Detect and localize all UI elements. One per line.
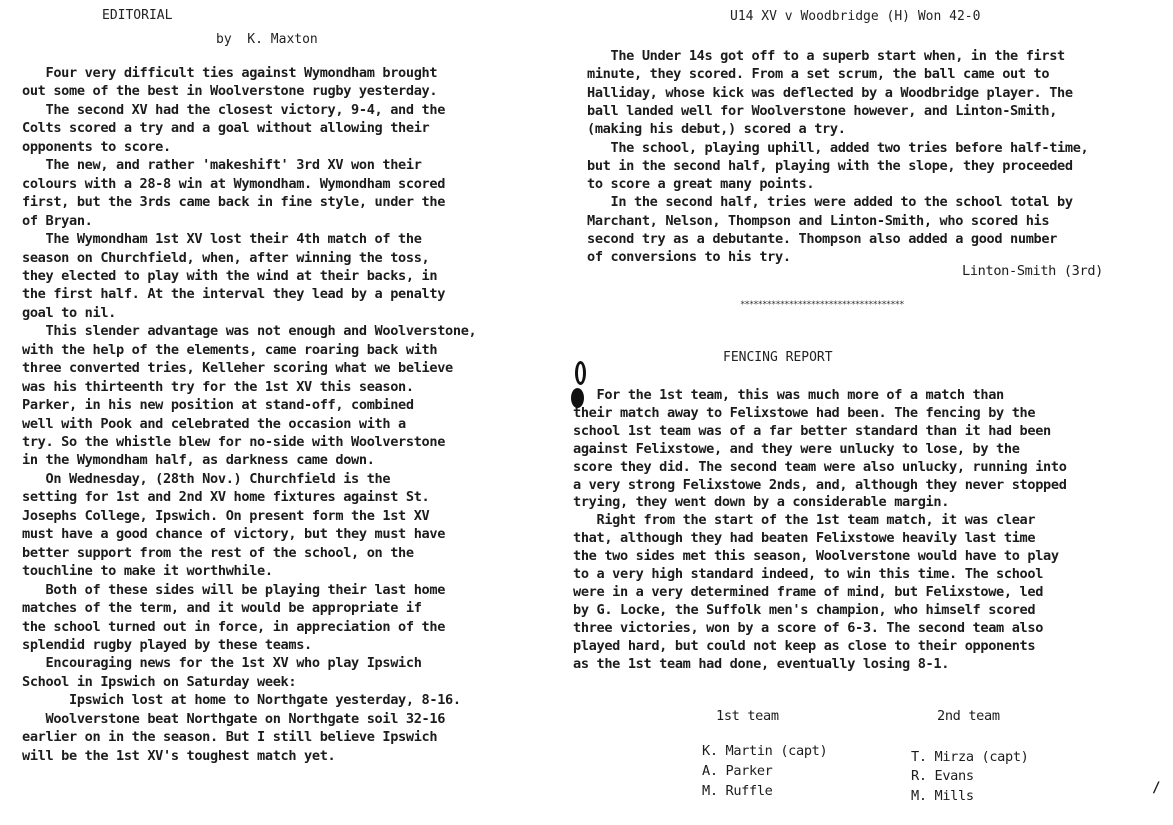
fencing-report-line: played hard, but could not keep as close… bbox=[573, 637, 1035, 655]
u14-report-line: to score a great many points. bbox=[587, 175, 814, 193]
fencing-report-line: school 1st team was of a far better stan… bbox=[573, 422, 1051, 440]
editorial-line: better support from the rest of the scho… bbox=[22, 544, 414, 562]
stray-mark: / bbox=[1152, 780, 1160, 796]
editorial-line: earlier on in the season. But I still be… bbox=[22, 728, 437, 746]
team-1-heading: 1st team bbox=[716, 707, 779, 725]
u14-report-line: of conversions to his try. bbox=[587, 248, 791, 266]
editorial-line: will be the 1st XV's toughest match yet. bbox=[22, 747, 335, 765]
team-2-member: R. Evans bbox=[911, 767, 974, 785]
team-1-member: A. Parker bbox=[702, 762, 773, 780]
editorial-line: School in Ipswich on Saturday week: bbox=[22, 673, 296, 691]
editorial-line: This slender advantage was not enough an… bbox=[22, 322, 476, 340]
fencing-report-line: were in a very determined frame of mind,… bbox=[573, 583, 1043, 601]
fencing-report-line: that, although they had beaten Felixstow… bbox=[573, 529, 1035, 547]
u14-report-line: minute, they scored. From a set scrum, t… bbox=[587, 65, 1049, 83]
editorial-line: colours with a 28-8 win at Wymondham. Wy… bbox=[22, 175, 445, 193]
editorial-line: Woolverstone beat Northgate on Northgate… bbox=[22, 710, 445, 728]
editorial-line: touchline to make it worthwhile. bbox=[22, 562, 273, 580]
u14-report-author: Linton-Smith (3rd) bbox=[962, 262, 1103, 280]
fencing-report-line: For the 1st team, this was much more of … bbox=[573, 386, 1004, 404]
editorial-line: the first half. At the interval they lea… bbox=[22, 285, 445, 303]
u14-report-line: but in the second half, playing with the… bbox=[587, 157, 1073, 175]
fencing-report-line: as the 1st team had done, eventually los… bbox=[573, 655, 949, 673]
u14-report-line: (making his debut,) scored a try. bbox=[587, 120, 846, 138]
editorial-title: EDITORIAL bbox=[102, 8, 172, 23]
fencing-report-line: trying, they went down by a considerable… bbox=[573, 493, 949, 511]
team-2-heading: 2nd team bbox=[937, 707, 1000, 725]
editorial-line: opponents to score. bbox=[22, 138, 171, 156]
editorial-line: Encouraging news for the 1st XV who play… bbox=[22, 654, 422, 672]
fencing-report-line: score they did. The second team were als… bbox=[573, 458, 1067, 476]
u14-report-line: ball landed well for Woolverstone howeve… bbox=[587, 102, 1057, 120]
fencing-report-line: to a very high standard indeed, to win t… bbox=[573, 565, 1043, 583]
editorial-line: first, but the 3rds came back in fine st… bbox=[22, 193, 445, 211]
editorial-line: Both of these sides will be playing thei… bbox=[22, 581, 445, 599]
editorial-line: Josephs College, Ipswich. On present for… bbox=[22, 507, 429, 525]
section-separator: ************************************* bbox=[740, 300, 903, 310]
editorial-line: Colts scored a try and a goal without al… bbox=[22, 119, 429, 137]
u14-report-line: second try as a debutante. Thompson also… bbox=[587, 230, 1057, 248]
binding-hole-mark bbox=[575, 361, 586, 385]
editorial-line: The second XV had the closest victory, 9… bbox=[22, 101, 445, 119]
editorial-byline: by K. Maxton bbox=[216, 32, 318, 47]
editorial-line: Four very difficult ties against Wymondh… bbox=[22, 64, 437, 82]
editorial-line: goal to nil. bbox=[22, 304, 116, 322]
editorial-line: season on Churchfield, when, after winni… bbox=[22, 249, 429, 267]
editorial-line: in the Wymondham half, as darkness came … bbox=[22, 451, 375, 469]
u14-report-line: The school, playing uphill, added two tr… bbox=[587, 139, 1088, 157]
editorial-line: was his thirteenth try for the 1st XV th… bbox=[22, 378, 414, 396]
editorial-line: of Bryan. bbox=[22, 212, 93, 230]
editorial-line: splendid rugby played by these teams. bbox=[22, 636, 312, 654]
fencing-report-line: by G. Locke, the Suffolk men's champion,… bbox=[573, 601, 1035, 619]
editorial-line: Ipswich lost at home to Northgate yester… bbox=[22, 691, 461, 709]
editorial-line: setting for 1st and 2nd XV home fixtures… bbox=[22, 488, 429, 506]
u14-report-line: In the second half, tries were added to … bbox=[587, 193, 1073, 211]
fencing-report-line: the two sides met this season, Woolverst… bbox=[573, 547, 1059, 565]
editorial-line: try. So the whistle blew for no-side wit… bbox=[22, 433, 445, 451]
team-1-member: M. Ruffle bbox=[702, 782, 773, 800]
team-2-member: M. Mills bbox=[911, 787, 974, 805]
editorial-line: out some of the best in Woolverstone rug… bbox=[22, 82, 437, 100]
editorial-line: well with Pook and celebrated the occasi… bbox=[22, 415, 406, 433]
editorial-line: with the help of the elements, came roar… bbox=[22, 341, 437, 359]
fencing-report-line: their match away to Felixstowe had been.… bbox=[573, 404, 1035, 422]
u14-report-line: Halliday, whose kick was deflected by a … bbox=[587, 84, 1073, 102]
editorial-line: The new, and rather 'makeshift' 3rd XV w… bbox=[22, 156, 422, 174]
fencing-report-title: FENCING REPORT bbox=[723, 350, 833, 365]
fencing-report-line: a very strong Felixstowe 2nds, and, alth… bbox=[573, 476, 1067, 494]
editorial-line: the school turned out in force, in appre… bbox=[22, 618, 445, 636]
editorial-line: Parker, in his new position at stand-off… bbox=[22, 396, 414, 414]
editorial-line: On Wednesday, (28th Nov.) Churchfield is… bbox=[22, 470, 390, 488]
fencing-report-line: Right from the start of the 1st team mat… bbox=[573, 511, 1035, 529]
team-1-member: K. Martin (capt) bbox=[702, 742, 827, 760]
u14-report-title: U14 XV v Woodbridge (H) Won 42-0 bbox=[730, 9, 980, 24]
editorial-line: they elected to play with the wind at th… bbox=[22, 267, 437, 285]
u14-report-line: Marchant, Nelson, Thompson and Linton-Sm… bbox=[587, 212, 1049, 230]
fencing-report-line: three victories, won by a score of 6-3. … bbox=[573, 619, 1043, 637]
fencing-report-line: against Felixstowe, and they were unluck… bbox=[573, 440, 1020, 458]
u14-report-line: The Under 14s got off to a superb start … bbox=[587, 47, 1065, 65]
ink-blot-mark bbox=[571, 388, 584, 408]
editorial-line: three converted tries, Kelleher scoring … bbox=[22, 359, 453, 377]
editorial-line: matches of the term, and it would be app… bbox=[22, 599, 422, 617]
team-2-member: T. Mirza (capt) bbox=[911, 748, 1029, 766]
editorial-line: The Wymondham 1st XV lost their 4th matc… bbox=[22, 230, 422, 248]
editorial-line: must have a good chance of victory, but … bbox=[22, 525, 445, 543]
